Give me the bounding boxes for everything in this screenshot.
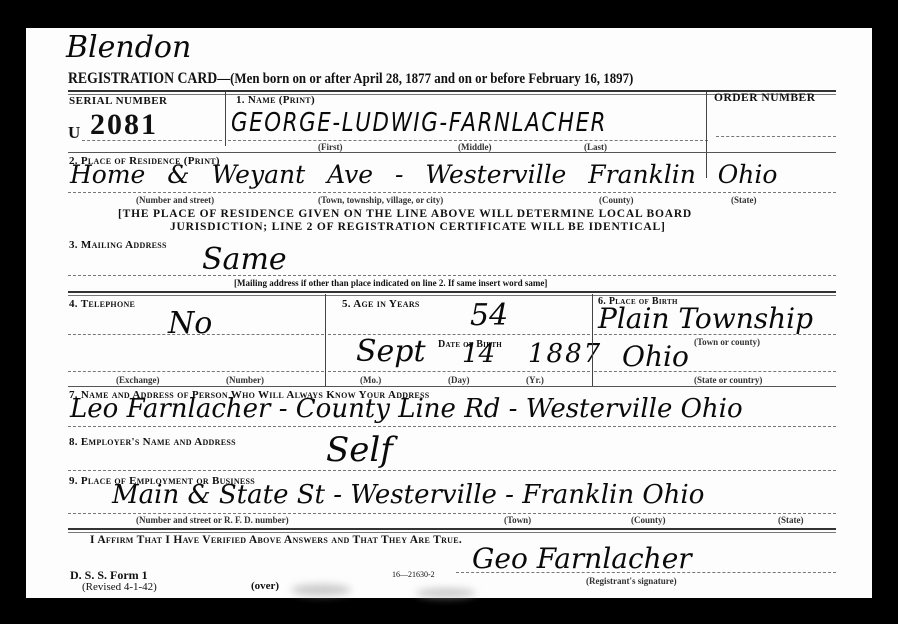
employer-label: 8. Employer's Name and Address [69, 436, 236, 448]
print-code: 16—21630-2 [392, 570, 435, 579]
card-title: REGISTRATION CARD [68, 70, 217, 87]
name-sub-first: (First) [318, 142, 343, 152]
telephone-sub-exchange: (Exchange) [116, 375, 160, 385]
birthplace-state: Ohio [622, 340, 689, 373]
employer-value: Self [326, 430, 393, 470]
dob-month: Sept [356, 334, 426, 369]
residence-value: Home & Weyant Ave - Westerville Franklin… [70, 160, 777, 189]
mailing-label: 3. Mailing Address [69, 239, 167, 251]
ink-smudge [291, 584, 351, 596]
serial-prefix: U [68, 123, 80, 143]
employment-sub-street: (Number and street or R. F. D. number) [136, 515, 289, 525]
mailing-note: [Mailing address if other than place ind… [234, 278, 547, 288]
birthplace-sub-town: (Town or county) [694, 337, 760, 347]
dob-sub-month: (Mo.) [360, 375, 381, 385]
residence-sub-county: (County) [599, 195, 634, 205]
age-value: 54 [470, 298, 508, 333]
dob-day: 14 [462, 339, 495, 369]
registration-card: Blendon REGISTRATION CARD—(Men born on o… [26, 28, 872, 598]
name-sub-middle: (Middle) [458, 142, 492, 152]
residence-notice-2: JURISDICTION; LINE 2 OF REGISTRATION CER… [170, 221, 666, 233]
affirmation-text: I Affirm That I Have Verified Above Answ… [90, 534, 462, 546]
order-number-value [716, 120, 836, 134]
employment-place-value: Main & State St - Westerville - Franklin… [112, 480, 704, 510]
serial-number: 2081 [90, 108, 158, 142]
card-subtitle: —(Men born on or after April 28, 1877 an… [217, 71, 633, 87]
card-header: REGISTRATION CARD—(Men born on or after … [68, 70, 633, 88]
residence-sub-town: (Town, township, village, or city) [318, 195, 443, 205]
over-note: (over) [251, 580, 279, 592]
registrant-signature: Geo Farnlacher [472, 542, 692, 575]
name-sub-last: (Last) [584, 142, 607, 152]
residence-sub-state: (State) [731, 195, 757, 205]
telephone-sub-number: (Number) [226, 375, 264, 385]
signature-label: (Registrant's signature) [586, 576, 677, 586]
serial-number-label: SERIAL NUMBER [69, 95, 168, 107]
employment-sub-state: (State) [778, 515, 804, 525]
order-number-label: ORDER NUMBER [714, 92, 816, 104]
contact-value: Leo Farnlacher - County Line Rd - Wester… [70, 394, 743, 424]
name-value: GEORGE-LUDWIG-FARNLACHER [231, 108, 607, 138]
annotation-blendon: Blendon [66, 30, 191, 65]
telephone-label: 4. Telephone [69, 298, 135, 310]
employment-sub-town: (Town) [504, 515, 531, 525]
name-label: 1. Name (Print) [236, 94, 315, 106]
telephone-value: No [168, 306, 212, 341]
mailing-value: Same [202, 242, 287, 277]
age-label: 5. Age in Years [342, 298, 420, 310]
ink-smudge [416, 588, 476, 598]
dob-sub-year: (Yr.) [526, 375, 544, 385]
residence-sub-street: (Number and street) [136, 195, 214, 205]
birthplace-town: Plain Township [598, 302, 813, 335]
birthplace-sub-state: (State or country) [694, 375, 762, 385]
dob-sub-day: (Day) [448, 375, 470, 385]
form-revised: (Revised 4-1-42) [82, 581, 157, 593]
residence-notice-1: [THE PLACE OF RESIDENCE GIVEN ON THE LIN… [118, 208, 692, 220]
employment-sub-county: (County) [631, 515, 666, 525]
